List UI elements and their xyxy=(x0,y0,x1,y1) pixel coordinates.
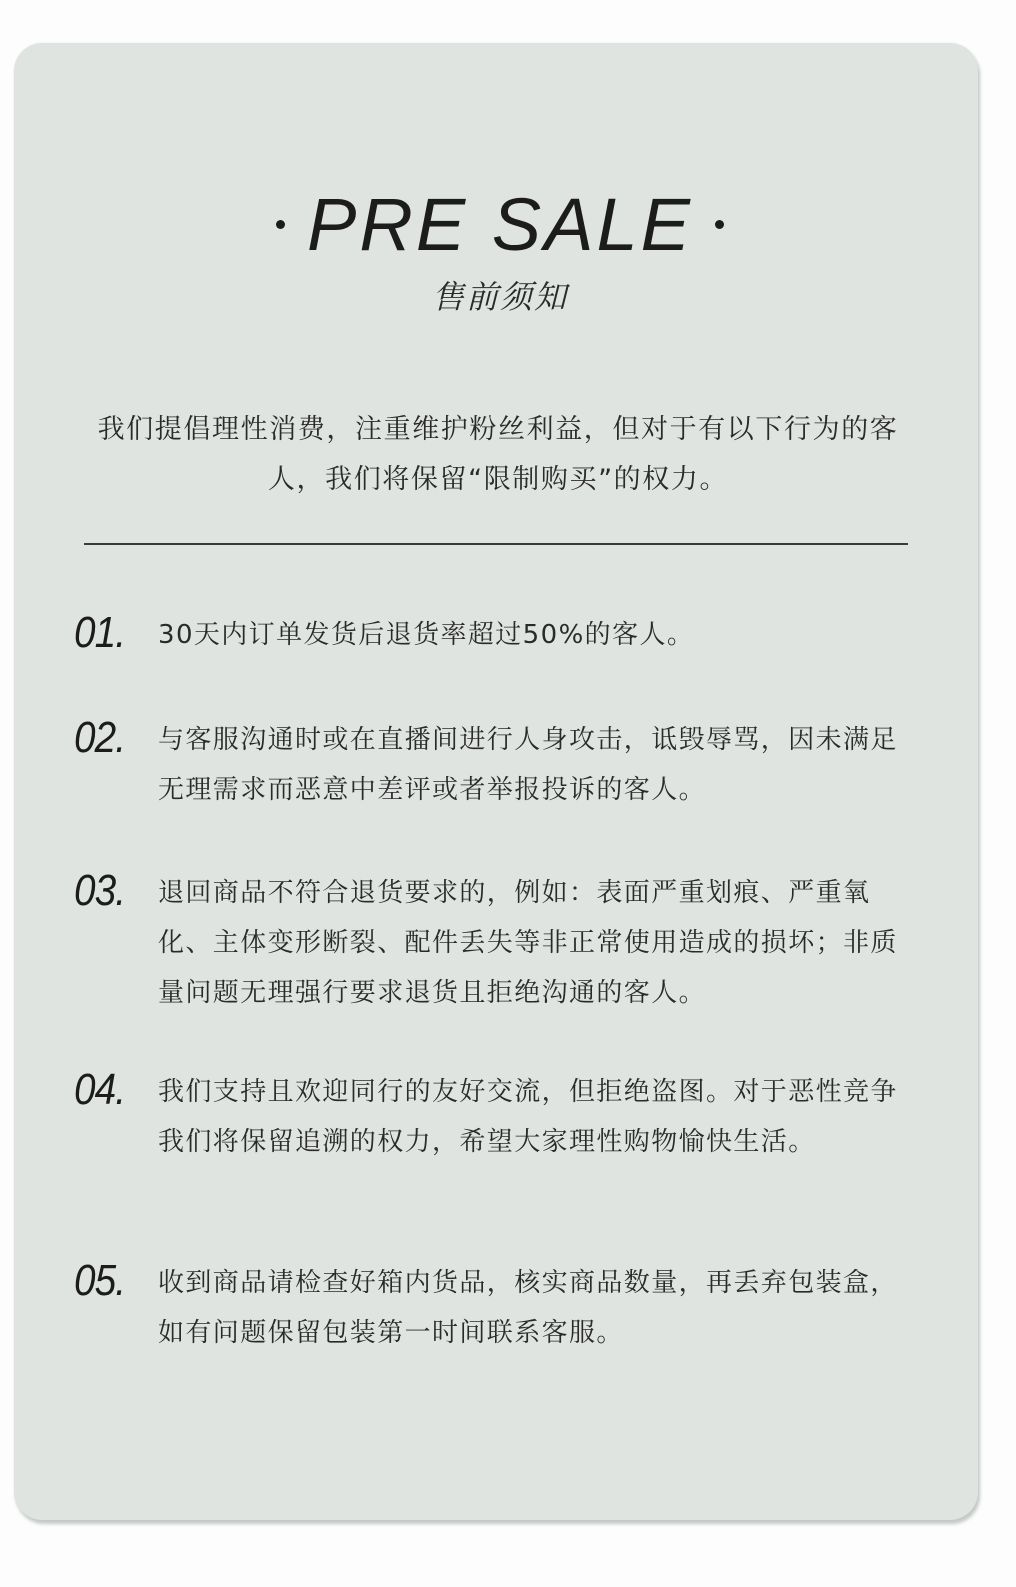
page-title: PRE SALE xyxy=(0,180,1000,270)
rule-text: 退回商品不符合退货要求的，例如：表面严重划痕、严重氧化、主体变形断裂、配件丢失等… xyxy=(158,868,918,1018)
rule-text: 我们支持且欢迎同行的友好交流，但拒绝盗图。对于恶性竞争我们将保留追溯的权力，希望… xyxy=(158,1067,918,1167)
bullet-dot-icon xyxy=(715,220,724,229)
intro-paragraph: 我们提倡理性消费，注重维护粉丝利益，但对于有以下行为的客人，我们将保留“限制购买… xyxy=(80,405,916,505)
rule-number: 05. xyxy=(74,1256,125,1306)
rule-text: 收到商品请检查好箱内货品，核实商品数量，再丢弃包装盒，如有问题保留包装第一时间联… xyxy=(158,1258,918,1358)
rule-number: 01. xyxy=(74,608,125,658)
title-text: PRE SALE xyxy=(307,183,693,266)
rule-number: 02. xyxy=(74,713,125,763)
rule-number: 03. xyxy=(74,866,125,916)
rule-text: 与客服沟通时或在直播间进行人身攻击，诋毁辱骂，因未满足无理需求而恶意中差评或者举… xyxy=(158,715,918,815)
rule-number: 04. xyxy=(74,1065,125,1115)
divider xyxy=(84,543,908,545)
page-subtitle: 售前须知 xyxy=(0,272,1000,318)
rule-text: 30天内订单发货后退货率超过50%的客人。 xyxy=(158,610,918,660)
bullet-dot-icon xyxy=(276,220,285,229)
